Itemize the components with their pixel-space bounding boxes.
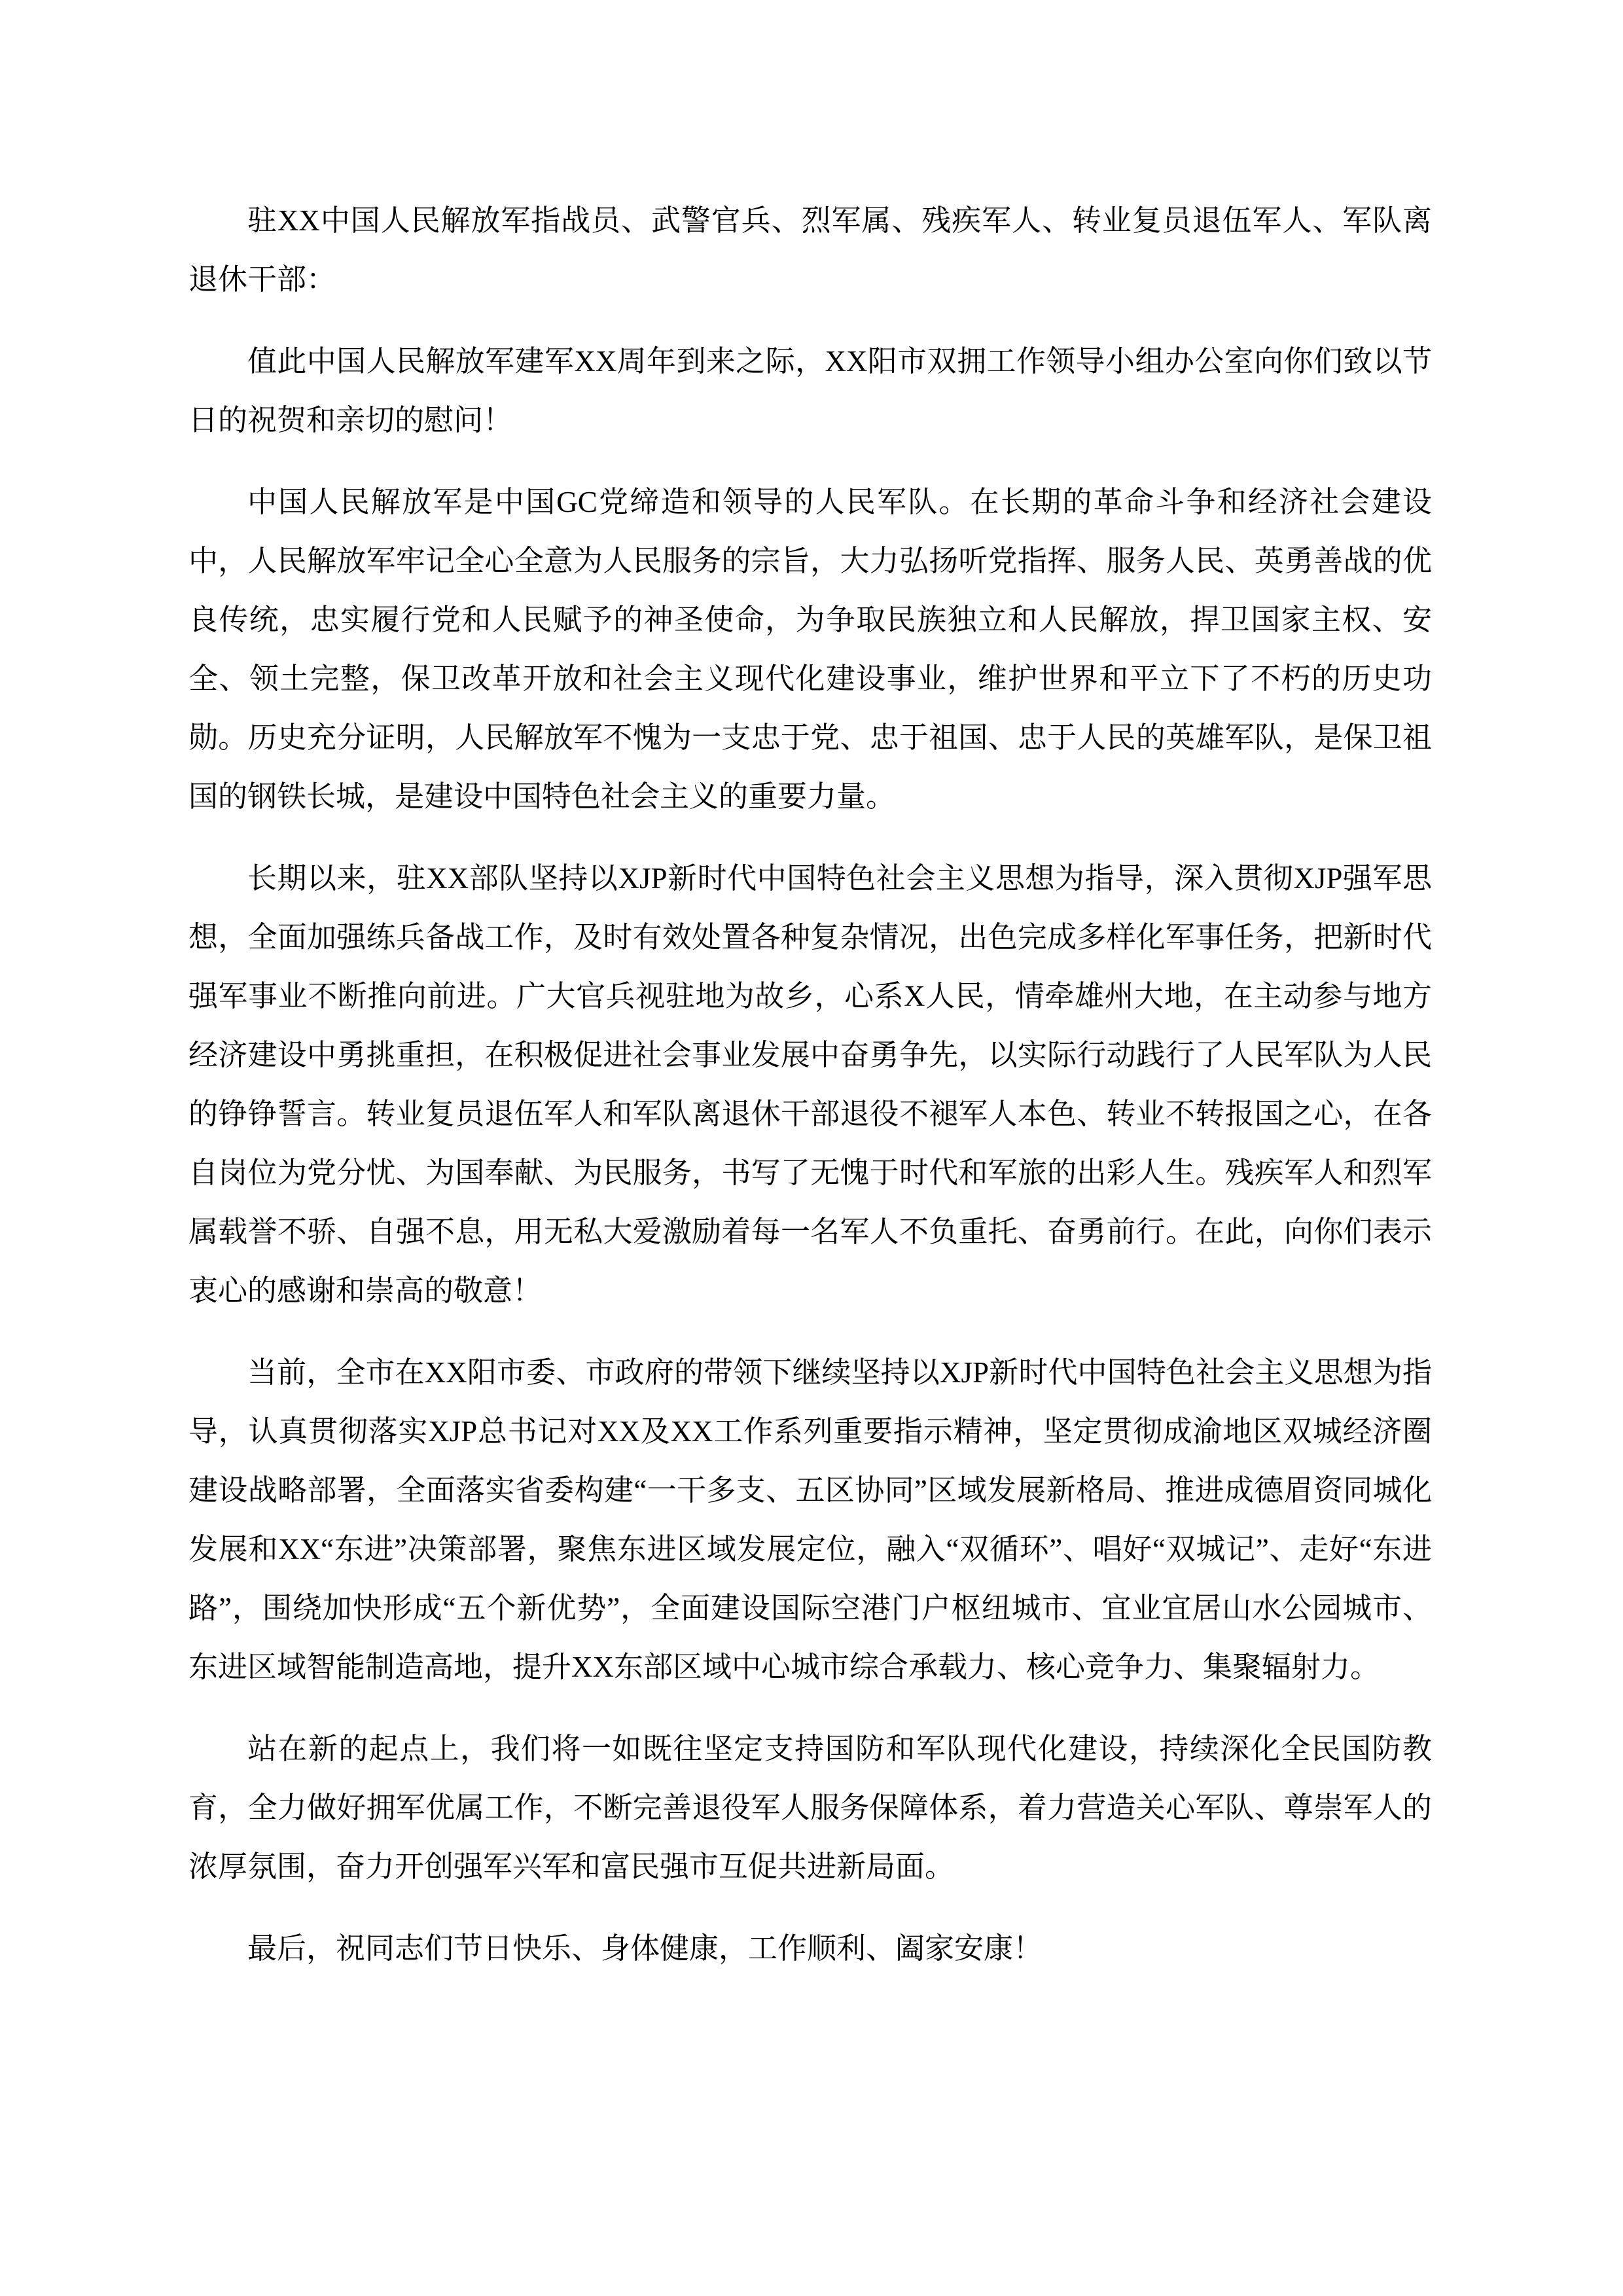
commitment-paragraph: 站在新的起点上，我们将一如既往坚定支持国防和军队现代化建设，持续深化全民国防教育… (188, 1719, 1432, 1896)
troops-paragraph: 长期以来，驻XX部队坚持以XJP新时代中国特色社会主义思想为指导，深入贯彻XJP… (188, 849, 1432, 1320)
salutation-line: 驻XX中国人民解放军指战员、武警官兵、烈军属、残疾军人、转业复员退伍军人、军队离… (188, 191, 1432, 309)
closing-wishes-line: 最后，祝同志们节日快乐、身体健康，工作顺利、阖家安康！ (188, 1919, 1432, 1978)
history-paragraph: 中国人民解放军是中国GC党缔造和领导的人民军队。在长期的革命斗争和经济社会建设中… (188, 473, 1432, 826)
city-work-paragraph: 当前，全市在XX阳市委、市政府的带领下继续坚持以XJP新时代中国特色社会主义思想… (188, 1343, 1432, 1696)
letter-body: 驻XX中国人民解放军指战员、武警官兵、烈军属、残疾军人、转业复员退伍军人、军队离… (188, 191, 1432, 1978)
greeting-paragraph: 值此中国人民解放军建军XX周年到来之际，XX阳市双拥工作领导小组办公室向你们致以… (188, 332, 1432, 450)
document-page: 驻XX中国人民解放军指战员、武警官兵、烈军属、残疾军人、转业复员退伍军人、军队离… (0, 0, 1623, 2296)
